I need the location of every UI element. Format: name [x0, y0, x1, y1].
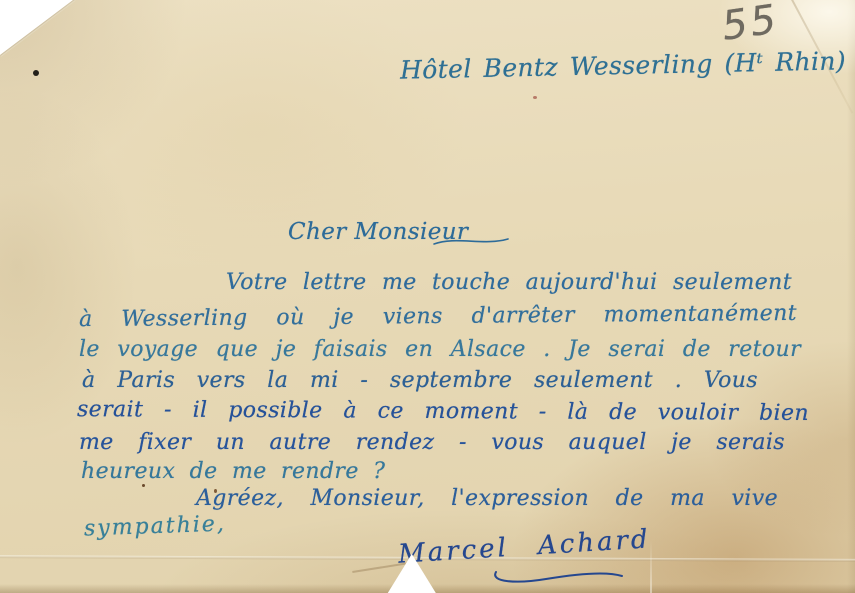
handwritten-line: Votre lettre me touche aujourd'hui seule… [226, 271, 792, 295]
letter-paper: 55 Hôtel Bentz Wesserling (Hᵗ Rhin) Cher… [0, 0, 855, 593]
handwritten-line: serait - il possible à ce moment - là de… [77, 398, 809, 426]
letterhead-location: Hôtel Bentz Wesserling (Hᵗ Rhin) [400, 47, 846, 84]
signature: Marcel Achard [397, 525, 651, 569]
pencil-page-number: 55 [719, 0, 782, 50]
closing-line: Agréez, Monsieur, l'expression de ma viv… [196, 487, 778, 511]
handwritten-line: me fixer un autre rendez - vous auquel j… [79, 431, 785, 455]
handwritten-line: le voyage que je faisais en Alsace . Je … [79, 338, 801, 362]
handwritten-line: à Wesserling où je viens d'arrêter momen… [79, 302, 797, 332]
scanned-letter: 55 Hôtel Bentz Wesserling (Hᵗ Rhin) Cher… [0, 0, 855, 593]
pen-flourish-signature [488, 565, 628, 589]
paper-speck [142, 484, 145, 487]
paper-speck [533, 96, 537, 99]
handwritten-line: heureux de me rendre ? [81, 460, 385, 484]
corner-fold-crease [0, 0, 75, 57]
ink-speck [33, 70, 39, 76]
pen-flourish-salutation [432, 233, 510, 249]
closing-line: sympathie, [84, 513, 227, 542]
handwritten-line: à Paris vers la mi - septembre seulement… [82, 369, 758, 393]
